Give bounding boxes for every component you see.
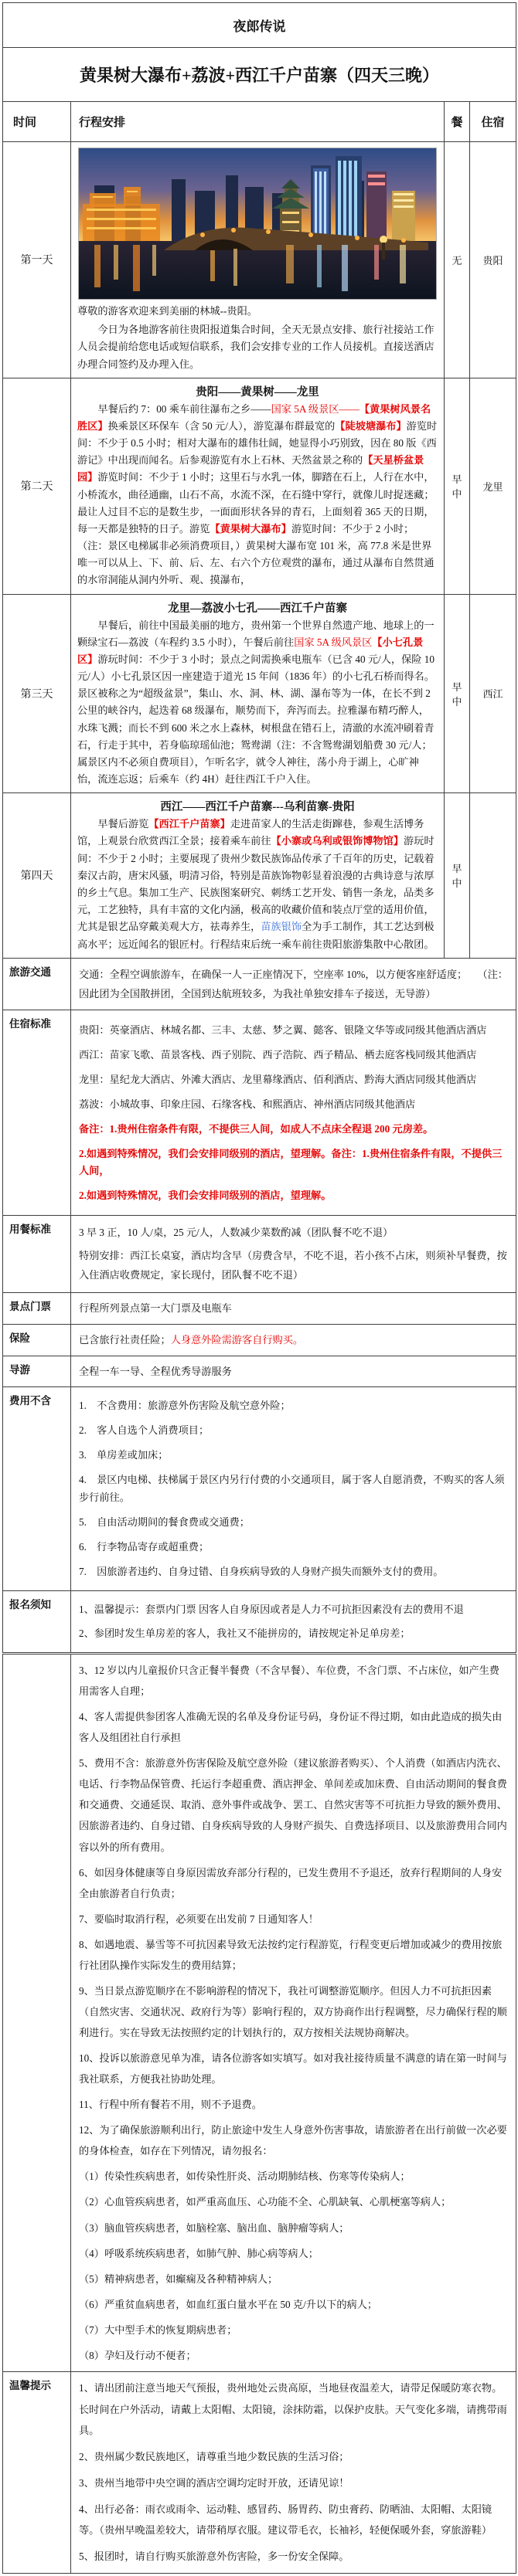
info-section-row: 温馨提示 1、请出团前注意当地天气预报，贵州地处云贵高原，当地昼夜温差大，请带足… xyxy=(3,2371,516,2573)
day4-itinerary: 西江——西江千户苗寨---乌利苗寨-贵阳 早餐后游览【西江千户苗寨】走进苗家人的… xyxy=(71,793,445,958)
text-segment: 4、客人需提供参团客人准确无误的名单及身份证号码，身份证不得过期，如由此造成的损… xyxy=(79,1711,502,1743)
text-segment: 8、如遇地震、暴雪等不可抗因素导致无法按约定行程游览，行程变更后增加或减少的费用… xyxy=(79,1939,502,1971)
text-segment: 10、投诉以旅游意见单为准，请各位游客如实填写。如对我社接待质量不满意的请在第一… xyxy=(79,2052,507,2085)
paragraph: 1、温馨提示：套票内门票 因客人自身原因或者是人力不可抗拒因素没有去的费用不退 xyxy=(79,1600,508,1619)
paragraph: （7）大中型手术的恢复期病患者； xyxy=(79,2317,508,2343)
column-header-stay: 住宿 xyxy=(470,102,516,142)
text-segment: 国家 5A 级景区—— xyxy=(271,403,360,415)
text-segment: 【小寨或乌利或银饰博物馆】 xyxy=(271,835,404,847)
paragraph: 2、参团时发生单房差的客人，我社又不能拼房的，请按规定补足单房差； xyxy=(79,1624,508,1643)
day4-row: 第四天 西江——西江千户苗寨---乌利苗寨-贵阳 早餐后游览【西江千户苗寨】走进… xyxy=(3,793,516,958)
text-segment: 3、12 岁以内儿童报价只含正餐半餐费（不含早餐）、车位费，不含门票、不占床位，… xyxy=(79,1665,499,1697)
paragraph: 5、报团时，请自行购买旅游意外伤害险，多一份安全保障。 xyxy=(79,2544,508,2570)
column-header-time: 时间 xyxy=(3,102,71,142)
paragraph: 荔波：小城故事、印象庄园、石缘客栈、和熙酒店、神州酒店同级其他酒店 xyxy=(79,1096,508,1112)
day4-route-title: 西江——西江千户苗寨---乌利苗寨-贵阳 xyxy=(77,798,438,814)
text-segment: 2、贵州属少数民族地区，请尊重当地少数民族的生活习俗； xyxy=(79,2451,349,2462)
day2-route-title: 贵阳——黄果树——龙里 xyxy=(77,383,438,399)
info-sections: 旅游交通 交通：全程空调旅游车，在确保一人一正座情况下，空座率 10%，以方便客… xyxy=(3,958,516,2573)
text-segment: 6. 行李物品寄存或超重费； xyxy=(79,1541,209,1553)
info-section-row: 住宿标准 贵阳：英豪酒店、林城名都、三丰、太慈、梦之翼、懿客、银隆文华等或同级其… xyxy=(3,1010,516,1215)
paragraph: 9、当日景点游览顺序在不影响游程的情况下，我社可调整游览顺序。但因人力不可抗拒因… xyxy=(79,1978,508,2045)
guiyang-night-photo xyxy=(78,148,437,300)
column-header-meals: 餐 xyxy=(445,102,470,142)
text-segment: 早餐后约 7：00 乘车前往瀑布之乡—— xyxy=(97,403,271,415)
section-content: 1、温馨提示：套票内门票 因客人自身原因或者是人力不可抗拒因素没有去的费用不退2… xyxy=(71,1590,516,1654)
text-segment: 3、贵州当地带中央空调的酒店空调均定时开放，还请见谅！ xyxy=(79,2477,349,2489)
text-segment: 9、当日景点游览顺序在不影响游程的情况下，我社可调整游览顺序。但因人力不可抗拒因… xyxy=(79,1985,507,2038)
paragraph: 5、费用不含：旅游意外伤害保险及航空意外险（建议旅游者购买）、个人消费（如酒店内… xyxy=(79,1750,508,1859)
section-label: 费用不含 xyxy=(3,1387,71,1590)
paragraph: 7. 因旅游者违约、自身过错、自身疾病导致的人身财产损失而额外支付的费用。 xyxy=(79,1563,508,1581)
day2-label: 第二天 xyxy=(3,378,71,594)
paragraph: （5）精神病患者，如癫痫及各种精神病人； xyxy=(79,2266,508,2292)
day1-itinerary: 尊敬的游客欢迎来到美丽的林城--贵阳。今日为各地游客前往贵阳报道集合时间，全天无… xyxy=(71,142,445,378)
section-label: 温馨提示 xyxy=(3,2371,71,2573)
paragraph: 6. 行李物品寄存或超重费； xyxy=(79,1538,508,1556)
day3-meals: 早 中 xyxy=(445,594,470,793)
paragraph: 特别安排：西江长桌宴，酒店均含早（房费含早，不吃不退，若小孩不占床，则须补早餐费… xyxy=(79,1247,508,1285)
section-label: 旅游交通 xyxy=(3,958,71,1010)
day1-stay: 贵阳 xyxy=(470,142,516,378)
cityscape-illustration xyxy=(79,148,436,299)
info-section-row: 费用不含 1. 不含费用：旅游意外伤害险及航空意外险；2. 客人自选个人消费项目… xyxy=(3,1387,516,1590)
text-segment: 3. 单房差或加床； xyxy=(79,1449,168,1461)
text-segment: 5、费用不含：旅游意外伤害保险及航空意外险（建议旅游者购买）、个人消费（如酒店内… xyxy=(79,1757,507,1852)
paragraph: 2.如遇到特殊情况，我们会安排同级别的酒店，望理解。备注：1.贵州住宿条件有限，… xyxy=(79,1145,508,1178)
section-content: 全程一车一导、全程优秀导游服务 xyxy=(71,1356,516,1387)
text-segment: （6）严重贫血病患者，如血红蛋白量水平在 50 克/升以下的病人； xyxy=(79,2299,377,2310)
paragraph: 1. 不含费用：旅游意外伤害险及航空意外险； xyxy=(79,1397,508,1415)
day3-row: 第三天 龙里—荔波小七孔——西江千户苗寨 早餐后，前往中国最美丽的地方，贵州第一… xyxy=(3,594,516,793)
text-segment: 2. 客人自选个人消费项目； xyxy=(79,1424,209,1436)
paragraph: 12、为了确保旅游顺利出行，防止旅途中发生人身意外伤害事故，请旅游者在出行前做一… xyxy=(79,2117,508,2164)
paragraph: 2.如遇到特殊情况，我们会安排同级别的酒店，望理解。 xyxy=(79,1187,508,1203)
itinerary-table: 夜郎传说 黄果树大瀑布+荔波+西江千户苗寨（四天三晚） 时间 行程安排 餐 住宿… xyxy=(2,2,516,2574)
paragraph: 2、贵州属少数民族地区，请尊重当地少数民族的生活习俗； xyxy=(79,2444,508,2470)
section-label: 用餐标准 xyxy=(3,1215,71,1292)
text-segment: 7、要临时取消行程，必须要在出发前 7 日通知客人！ xyxy=(79,1913,319,1925)
text-segment: 荔波：小城故事、印象庄园、石缘客栈、和熙酒店、神州酒店同级其他酒店 xyxy=(79,1098,415,1110)
paragraph: （3）脑血管疾病患者，如脑栓塞、脑出血、脑肿瘤等病人； xyxy=(79,2215,508,2241)
paragraph: 3、贵州当地带中央空调的酒店空调均定时开放，还请见谅！ xyxy=(79,2470,508,2496)
paragraph: 8、如遇地震、暴雪等不可抗因素导致无法按约定行程游览，行程变更后增加或减少的费用… xyxy=(79,1932,508,1978)
paragraph: 10、投诉以旅游意见单为准，请各位游客如实填写。如对我社接待质量不满意的请在第一… xyxy=(79,2045,508,2092)
text-segment: 换乘景区环保车（含 50 元/人），游览瀑布群最宽的 xyxy=(108,420,336,432)
section-content: 已含旅行社责任险；人身意外险需游客自行购买。 xyxy=(71,1324,516,1356)
day4-meals: 早 中 xyxy=(445,793,470,958)
paragraph: 4、出行必备：雨衣或雨伞、运动鞋、感冒药、肠胃药、防虫膏药、防晒油、太阳帽、太阳… xyxy=(79,2496,508,2544)
text-segment: 人身意外险需游客自行购买。 xyxy=(171,1334,303,1346)
paragraph: 全程一车一导、全程优秀导游服务 xyxy=(79,1363,508,1381)
day3-text: 早餐后，前往中国最美丽的地方，贵州第一个世界自然遗产地、地球上的一颗绿宝石—荔波… xyxy=(77,617,438,789)
section-label: 景点门票 xyxy=(3,1293,71,1325)
text-segment: 1、温馨提示：套票内门票 因客人自身原因或者是人力不可抗拒因素没有去的费用不退 xyxy=(79,1604,464,1615)
section-content: 1、请出团前注意当地天气预报，贵州地处云贵高原，当地昼夜温差大，请带足保暖防寒衣… xyxy=(71,2371,516,2573)
text-segment: （7）大中型手术的恢复期病患者； xyxy=(79,2324,237,2336)
text-segment: 今日为各地游客前往贵阳报道集合时间，全天无景点安排、旅行社接站工作人员会提前给您… xyxy=(77,324,435,369)
text-segment: 4、出行必备：雨衣或雨伞、运动鞋、感冒药、肠胃药、防虫膏药、防晒油、太阳帽、太阳… xyxy=(79,2503,492,2537)
paragraph: （4）呼吸系统疾病患者，如肺气肿、肺心病等病人； xyxy=(79,2241,508,2266)
text-segment: 2.如遇到特殊情况，我们会安排同级别的酒店，望理解。 xyxy=(79,1190,331,1201)
info-section-row: 报名须知 1、温馨提示：套票内门票 因客人自身原因或者是人力不可抗拒因素没有去的… xyxy=(3,1590,516,1654)
section-label xyxy=(3,1654,71,2372)
paragraph: 4. 景区内电梯、扶梯属于景区内另行付费的小交通项目，属于客人自愿消费，不购买的… xyxy=(79,1471,508,1508)
text-segment: 【黄果树大瀑布】 xyxy=(210,523,291,535)
text-segment: 【西江千户苗寨】 xyxy=(148,818,230,830)
text-segment: 早餐后游览 xyxy=(97,818,148,830)
day4-text: 早餐后游览【西江千户苗寨】走进苗家人的生活走街蹿巷，参观生活博务馆，上观景台欣赏… xyxy=(77,816,438,952)
text-segment: 7. 因旅游者违约、自身过错、自身疾病导致的人身财产损失而额外支付的费用。 xyxy=(79,1566,443,1577)
info-section-row: 3、12 岁以内儿童报价只含正餐半餐费（不含早餐）、车位费，不含门票、不占床位，… xyxy=(3,1654,516,2372)
column-header-row: 时间 行程安排 餐 住宿 xyxy=(3,102,516,142)
section-content: 交通：全程空调旅游车，在确保一人一正座情况下，空座率 10%，以方便客座舒适度；… xyxy=(71,958,516,1010)
section-content: 行程所列景点第一大门票及电瓶车 xyxy=(71,1293,516,1325)
paragraph: 交通：全程空调旅游车，在确保一人一正座情况下，空座率 10%，以方便客座舒适度；… xyxy=(79,965,508,1003)
paragraph: 1、请出团前注意当地天气预报，贵州地处云贵高原，当地昼夜温差大，请带足保暖防寒衣… xyxy=(79,2375,508,2444)
paragraph: 龙里：星纪龙大酒店、外滩大酒店、龙里幕缘酒店、佰利酒店、黔海大酒店同级其他酒店 xyxy=(79,1071,508,1088)
paragraph: （2）心血管疾病患者，如严重高血压、心功能不全、心肌缺氧、心肌梗塞等病人； xyxy=(79,2189,508,2215)
paragraph: 3、12 岁以内儿童报价只含正餐半餐费（不含早餐）、车位费，不含门票、不占床位，… xyxy=(79,1658,508,1704)
text-segment: 行程所列景点第一大门票及电瓶车 xyxy=(79,1302,232,1314)
info-section-row: 导游 全程一车一导、全程优秀导游服务 xyxy=(3,1356,516,1387)
text-segment: （4）呼吸系统疾病患者，如肺气肿、肺心病等病人； xyxy=(79,2248,319,2259)
paragraph: 贵阳：英豪酒店、林城名都、三丰、太慈、梦之翼、懿客、银隆文华等或同级其他酒店酒店 xyxy=(79,1022,508,1038)
text-segment: 6、如因身体健康等自身原因需放弃部分行程的，已发生费用不予退还，放弃行程期间的人… xyxy=(79,1867,502,1899)
section-label: 保险 xyxy=(3,1324,71,1356)
paragraph: 4、客人需提供参团客人准确无误的名单及身份证号码，身份证不得过期，如由此造成的损… xyxy=(79,1704,508,1750)
column-header-itinerary: 行程安排 xyxy=(71,102,445,142)
tour-name: 黄果树大瀑布+荔波+西江千户苗寨（四天三晚） xyxy=(3,48,516,102)
section-content: 3 早 3 正，10 人/桌，25 元/人，人数减少菜数酌减（团队餐不吃不退）特… xyxy=(71,1215,516,1292)
text-segment: 5. 自由活动期间的餐食费或交通费； xyxy=(79,1516,250,1528)
day2-itinerary: 贵阳——黄果树——龙里 早餐后约 7：00 乘车前往瀑布之乡——国家 5A 级景… xyxy=(71,378,445,594)
text-segment: 尊敬的游客欢迎来到美丽的林城--贵阳。 xyxy=(77,305,257,317)
paragraph: 早餐后约 7：00 乘车前往瀑布之乡——国家 5A 级景区——【黄果树风景名胜区… xyxy=(77,401,438,589)
document-root: { "title": "夜郎传说", "subtitle": "黄果树大瀑布+荔… xyxy=(0,2,518,2574)
text-segment: 备注：1.贵州住宿条件有限，不提供三人间，如成人不点床全程退 200 元房差。 xyxy=(79,1123,433,1135)
text-segment: 11、行程中所有餐若不用，则不予退费。 xyxy=(79,2099,262,2110)
text-segment: 国家 5A 级风景区 xyxy=(294,636,372,648)
paragraph: 早餐后游览【西江千户苗寨】走进苗家人的生活走街蹿巷，参观生活博务馆，上观景台欣赏… xyxy=(77,816,438,952)
paragraph: 5. 自由活动期间的餐食费或交通费； xyxy=(79,1513,508,1532)
text-segment: 5、报团时，请自行购买旅游意外伤害险，多一份安全保障。 xyxy=(79,2551,349,2562)
text-segment: 游玩时间：不少于 3 小时；景点之间需换乘电瓶车（已含 40 元/人，保险 10… xyxy=(77,653,435,785)
text-segment: 西江：苗家飞歌、苗景客栈、西子别院、西子浩院、西子精品、栖去庭客栈同级其他酒店 xyxy=(79,1049,476,1061)
day3-label: 第三天 xyxy=(3,594,71,793)
section-label: 导游 xyxy=(3,1356,71,1387)
text-segment: 【陡坡塘瀑布】 xyxy=(335,420,406,432)
text-segment: （1）传染性疾病患者，如传染性肝炎、活动期肺结核、伤寒等传染病人； xyxy=(79,2170,411,2182)
info-section-row: 景点门票 行程所列景点第一大门票及电瓶车 xyxy=(3,1293,516,1325)
text-segment: 游玩时间：不少于 2 小时；主要展现了贵州少数民族饰品传承了千百年的历史，记载着… xyxy=(77,835,435,932)
paragraph: （8）孕妇及行动不便者； xyxy=(79,2343,508,2368)
day2-meals: 早 中 xyxy=(445,378,470,594)
section-content: 1. 不含费用：旅游意外伤害险及航空意外险；2. 客人自选个人消费项目；3. 单… xyxy=(71,1387,516,1590)
day4-stay xyxy=(470,793,516,958)
paragraph: 尊敬的游客欢迎来到美丽的林城--贵阳。 xyxy=(77,303,438,320)
title-row: 夜郎传说 xyxy=(3,3,516,48)
text-segment: 12、为了确保旅游顺利出行，防止旅途中发生人身意外伤害事故，请旅游者在出行前做一… xyxy=(79,2124,507,2157)
text-segment: （8）孕妇及行动不便者； xyxy=(79,2350,196,2361)
paragraph: 西江：苗家飞歌、苗景客栈、西子别院、西子浩院、西子精品、栖去庭客栈同级其他酒店 xyxy=(79,1047,508,1063)
text-segment: 交通：全程空调旅游车，在确保一人一正座情况下，空座率 10%，以方便客座舒适度；… xyxy=(79,969,508,1000)
text-segment: （2）心血管疾病患者，如严重高血压、心功能不全、心肌缺氧、心肌梗塞等病人； xyxy=(79,2196,451,2208)
text-segment: 全程一车一导、全程优秀导游服务 xyxy=(79,1366,232,1377)
page-title: 夜郎传说 xyxy=(3,3,516,48)
paragraph: 已含旅行社责任险；人身意外险需游客自行购买。 xyxy=(79,1331,508,1349)
paragraph: 6、如因身体健康等自身原因需放弃部分行程的，已发生费用不予退还，放弃行程期间的人… xyxy=(79,1860,508,1906)
paragraph: （6）严重贫血病患者，如血红蛋白量水平在 50 克/升以下的病人； xyxy=(79,2292,508,2317)
paragraph: 备注：1.贵州住宿条件有限，不提供三人间，如成人不点床全程退 200 元房差。 xyxy=(79,1121,508,1137)
paragraph: 早餐后，前往中国最美丽的地方，贵州第一个世界自然遗产地、地球上的一颗绿宝石—荔波… xyxy=(77,617,438,789)
day1-row: 第一天 xyxy=(3,142,516,378)
paragraph: 3 早 3 正，10 人/桌，25 元/人，人数减少菜数酌减（团队餐不吃不退） xyxy=(79,1224,508,1242)
subtitle-row: 黄果树大瀑布+荔波+西江千户苗寨（四天三晚） xyxy=(3,48,516,102)
text-segment: 已含旅行社责任险； xyxy=(79,1334,171,1346)
day3-route-title: 龙里—荔波小七孔——西江千户苗寨 xyxy=(77,599,438,616)
paragraph: 2. 客人自选个人消费项目； xyxy=(79,1421,508,1440)
text-segment: 贵阳：英豪酒店、林城名都、三丰、太慈、梦之翼、懿客、银隆文华等或同级其他酒店酒店 xyxy=(79,1024,487,1036)
section-label: 报名须知 xyxy=(3,1590,71,1654)
day2-stay: 龙里 xyxy=(470,378,516,594)
text-segment: 1、请出团前注意当地天气预报，贵州地处云贵高原，当地昼夜温差大，请带足保暖防寒衣… xyxy=(79,2382,507,2436)
text-segment: 4. 景区内电梯、扶梯属于景区内另行付费的小交通项目，属于客人自愿消费，不购买的… xyxy=(79,1474,505,1504)
day3-stay: 西江 xyxy=(470,594,516,793)
text-segment: 龙里：星纪龙大酒店、外滩大酒店、龙里幕缘酒店、佰利酒店、黔海大酒店同级其他酒店 xyxy=(79,1074,476,1085)
paragraph: 行程所列景点第一大门票及电瓶车 xyxy=(79,1299,508,1318)
day1-text: 尊敬的游客欢迎来到美丽的林城--贵阳。今日为各地游客前往贵阳报道集合时间，全天无… xyxy=(77,303,438,373)
text-segment: （5）精神病患者，如癫痫及各种精神病人； xyxy=(79,2273,278,2285)
text-segment: 2、参团时发生单房差的客人，我社又不能拼房的，请按规定补足单房差； xyxy=(79,1627,411,1639)
day2-row: 第二天 贵阳——黄果树——龙里 早餐后约 7：00 乘车前往瀑布之乡——国家 5… xyxy=(3,378,516,594)
day3-itinerary: 龙里—荔波小七孔——西江千户苗寨 早餐后，前往中国最美丽的地方，贵州第一个世界自… xyxy=(71,594,445,793)
text-segment: 苗族银饰 xyxy=(261,921,302,932)
day1-label: 第一天 xyxy=(3,142,71,378)
info-section-row: 保险 已含旅行社责任险；人身意外险需游客自行购买。 xyxy=(3,1324,516,1356)
section-content: 3、12 岁以内儿童报价只含正餐半餐费（不含早餐）、车位费，不含门票、不占床位，… xyxy=(71,1654,516,2372)
text-segment: 2.如遇到特殊情况，我们会安排同级别的酒店，望理解。备注：1.贵州住宿条件有限，… xyxy=(79,1148,502,1176)
text-segment: （3）脑血管疾病患者，如脑栓塞、脑出血、脑肿瘤等病人； xyxy=(79,2222,349,2234)
paragraph: 今日为各地游客前往贵阳报道集合时间，全天无景点安排、旅行社接站工作人员会提前给您… xyxy=(77,321,438,373)
paragraph: 11、行程中所有餐若不用，则不予退费。 xyxy=(79,2092,508,2117)
paragraph: 7、要临时取消行程，必须要在出发前 7 日通知客人！ xyxy=(79,1906,508,1932)
info-section-row: 旅游交通 交通：全程空调旅游车，在确保一人一正座情况下，空座率 10%，以方便客… xyxy=(3,958,516,1010)
text-segment: 1. 不含费用：旅游意外伤害险及航空意外险； xyxy=(79,1400,291,1411)
day2-text: 早餐后约 7：00 乘车前往瀑布之乡——国家 5A 级景区——【黄果树风景名胜区… xyxy=(77,401,438,589)
section-label: 住宿标准 xyxy=(3,1010,71,1215)
day1-meals: 无 xyxy=(445,142,470,378)
text-segment: 特别安排：西江长桌宴，酒店均含早（房费含早，不吃不退，若小孩不占床，则须补早餐费… xyxy=(79,1250,507,1280)
paragraph: （1）传染性疾病患者，如传染性肝炎、活动期肺结核、伤寒等传染病人； xyxy=(79,2164,508,2189)
info-section-row: 用餐标准 3 早 3 正，10 人/桌，25 元/人，人数减少菜数酌减（团队餐不… xyxy=(3,1215,516,1292)
paragraph: 3. 单房差或加床； xyxy=(79,1446,508,1464)
section-content: 贵阳：英豪酒店、林城名都、三丰、太慈、梦之翼、懿客、银隆文华等或同级其他酒店酒店… xyxy=(71,1010,516,1215)
day4-label: 第四天 xyxy=(3,793,71,958)
text-segment: 3 早 3 正，10 人/桌，25 元/人，人数减少菜数酌减（团队餐不吃不退） xyxy=(79,1227,393,1238)
